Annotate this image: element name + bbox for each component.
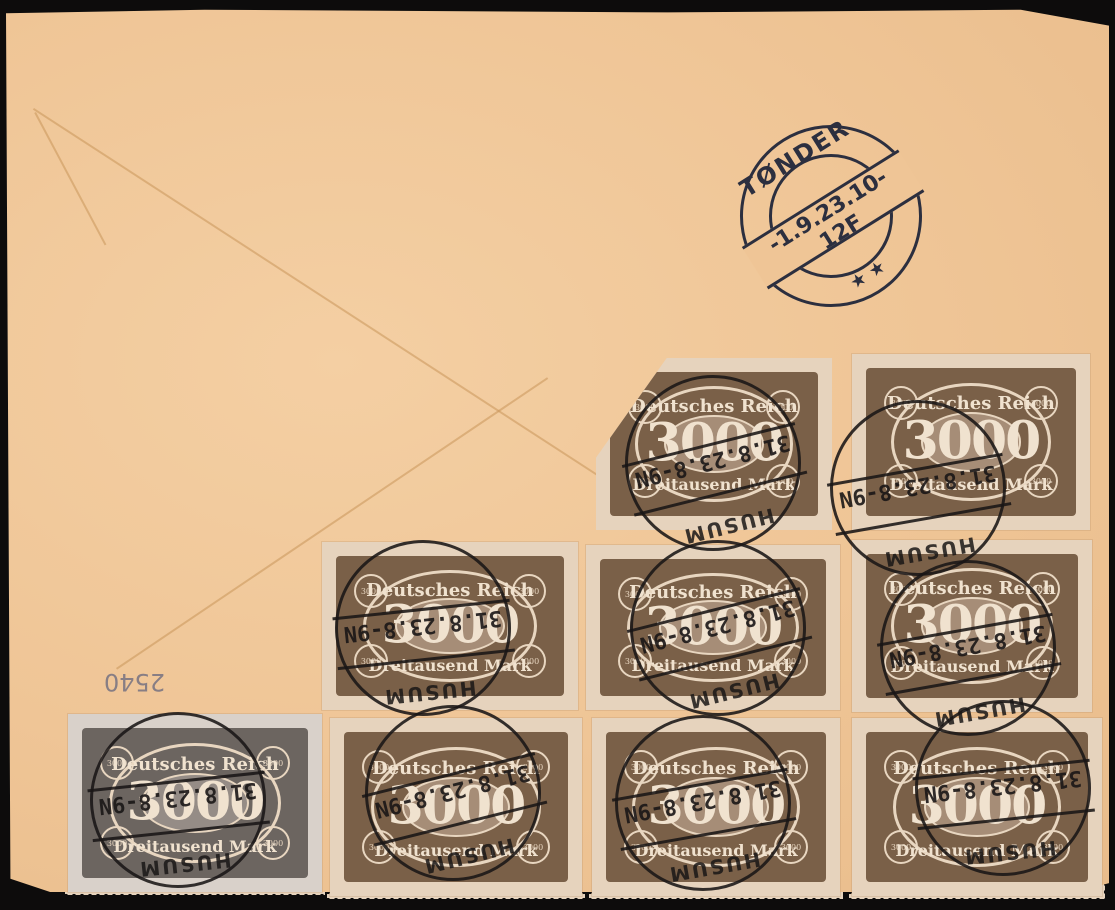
pencil-note: 2540: [104, 668, 165, 696]
flap-edge: [33, 108, 621, 491]
